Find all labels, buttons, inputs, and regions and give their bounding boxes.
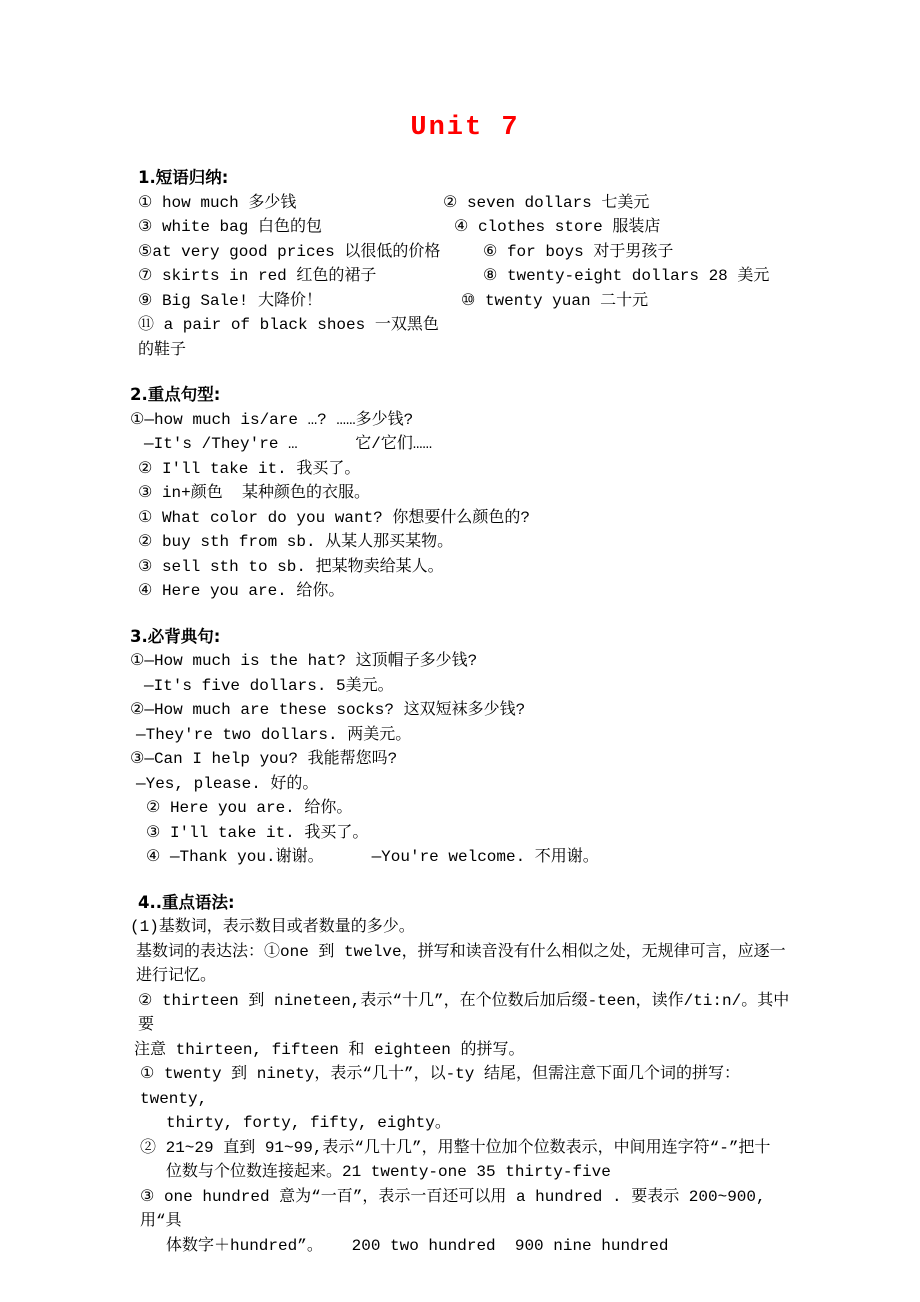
section-sentences: 3.必背典句: ①—How much is the hat? 这顶帽子多少钱? … — [130, 625, 800, 870]
section-patterns-heading: 2.重点句型: — [130, 383, 800, 408]
sentence-line: ①—How much is the hat? 这顶帽子多少钱? — [130, 649, 800, 674]
sentence-line: ②—How much are these socks? 这双短袜多少钱? — [130, 698, 800, 723]
sentence-line: ② buy sth from sb. 从某人那买某物。 — [130, 530, 800, 555]
phrase-item: ③ white bag 白色的包 — [138, 215, 443, 240]
phrase-row: ③ white bag 白色的包 ④ clothes store 服装店 — [130, 215, 800, 240]
sentence-line: —It's /They're … 它/它们…… — [130, 432, 800, 457]
document-title: Unit 7 — [130, 112, 800, 144]
grammar-line: ② thirteen 到 nineteen,表示“十几”，在个位数后加后缀-te… — [130, 989, 800, 1038]
sentence-line: ①—how much is/are …? ……多少钱? — [130, 408, 800, 433]
sentence-line: —It's five dollars. 5美元。 — [130, 674, 800, 699]
sentence-line: —Yes, please. 好的。 — [130, 772, 800, 797]
phrase-row: ⑦ skirts in red 红色的裙子 ⑧ twenty-eight dol… — [130, 264, 800, 289]
sentence-line: ③—Can I help you? 我能帮您吗? — [130, 747, 800, 772]
sentence-line: ④ —Thank you.谢谢。 —You're welcome. 不用谢。 — [130, 845, 800, 870]
phrase-row: ⑨ Big Sale! 大降价！ ⑩ twenty yuan 二十元 — [130, 289, 800, 314]
phrase-row: ① how much 多少钱 ② seven dollars 七美元 — [130, 191, 800, 216]
grammar-line: (1)基数词，表示数目或者数量的多少。 — [130, 915, 800, 940]
grammar-line: 基数词的表达法：①one 到 twelve，拼写和读音没有什么相似之处，无规律可… — [130, 940, 800, 965]
phrase-item: ⑩ twenty yuan 二十元 — [443, 289, 648, 314]
sentence-line: ③ I'll take it. 我买了。 — [130, 821, 800, 846]
phrase-item: ⑦ skirts in red 红色的裙子 — [138, 264, 443, 289]
phrase-item: ⑥ for boys 对于男孩子 — [443, 240, 673, 265]
phrase-item: ⑨ Big Sale! 大降价！ — [138, 289, 443, 314]
phrase-row: ⑪ a pair of black shoes 一双黑色的鞋子 — [130, 313, 800, 362]
grammar-line: ① twenty 到 ninety，表示“几十”，以-ty 结尾，但需注意下面几… — [130, 1062, 800, 1111]
grammar-line: 注意 thirteen, fifteen 和 eighteen 的拼写。 — [130, 1038, 800, 1063]
sentence-line: ③ in+颜色 某种颜色的衣服。 — [130, 481, 800, 506]
phrase-row: ⑤at very good prices 以很低的价格 ⑥ for boys 对… — [130, 240, 800, 265]
document-content: Unit 7 1.短语归纳: ① how much 多少钱 ② seven do… — [0, 0, 920, 1258]
section-grammar: 4..重点语法: (1)基数词，表示数目或者数量的多少。 基数词的表达法：①on… — [130, 891, 800, 1259]
sentence-line: —They're two dollars. 两美元。 — [130, 723, 800, 748]
phrase-item: ④ clothes store 服装店 — [443, 215, 660, 240]
grammar-line: ② 21~29 直到 91~99,表示“几十几”，用整十位加个位数表示，中间用连… — [130, 1136, 800, 1161]
phrase-item: ⑪ a pair of black shoes 一双黑色的鞋子 — [138, 313, 443, 362]
phrase-item: ⑧ twenty-eight dollars 28 美元 — [443, 264, 769, 289]
section-grammar-heading: 4..重点语法: — [130, 891, 800, 916]
grammar-line: 位数与个位数连接起来。21 twenty-one 35 thirty-five — [130, 1160, 800, 1185]
section-sentences-heading: 3.必背典句: — [130, 625, 800, 650]
grammar-line: 体数字＋hundred”。 200 two hundred 900 nine h… — [130, 1234, 800, 1259]
sentence-line: ② I'll take it. 我买了。 — [130, 457, 800, 482]
section-patterns: 2.重点句型: ①—how much is/are …? ……多少钱? —It'… — [130, 383, 800, 604]
section-phrases-heading: 1.短语归纳: — [130, 166, 800, 191]
grammar-line: ③ one hundred 意为“一百”，表示一百还可以用 a hundred … — [130, 1185, 800, 1234]
phrase-item: ② seven dollars 七美元 — [443, 191, 649, 216]
grammar-line: 进行记忆。 — [130, 964, 800, 989]
sentence-line: ② Here you are. 给你。 — [130, 796, 800, 821]
sentence-line: ① What color do you want? 你想要什么颜色的? — [130, 506, 800, 531]
sentence-line: ③ sell sth to sb. 把某物卖给某人。 — [130, 555, 800, 580]
grammar-line: thirty, forty, fifty, eighty。 — [130, 1111, 800, 1136]
section-phrases: 1.短语归纳: ① how much 多少钱 ② seven dollars 七… — [130, 166, 800, 362]
phrase-item: ⑤at very good prices 以很低的价格 — [138, 240, 443, 265]
sentence-line: ④ Here you are. 给你。 — [130, 579, 800, 604]
phrase-item: ① how much 多少钱 — [138, 191, 443, 216]
document-page: Unit 7 1.短语归纳: ① how much 多少钱 ② seven do… — [0, 0, 920, 1302]
